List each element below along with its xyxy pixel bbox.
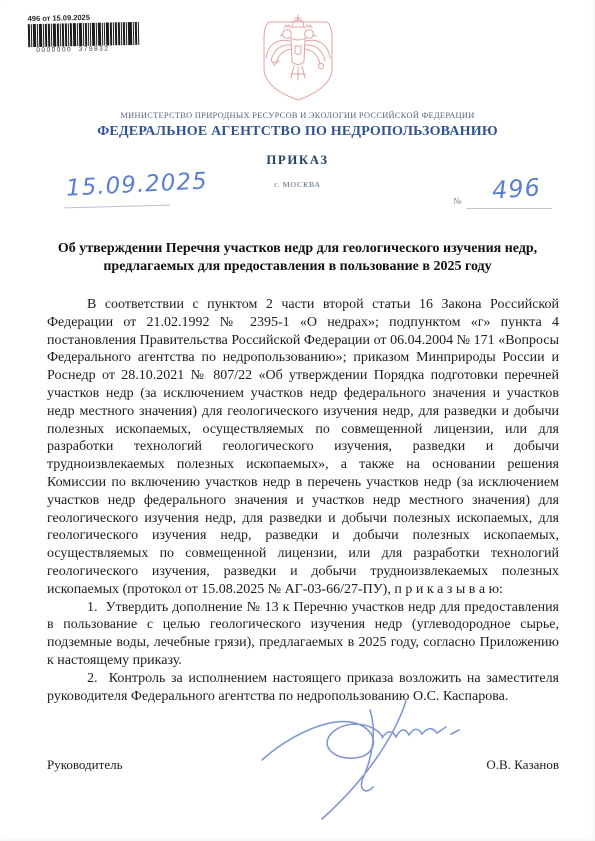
handwritten-date: 15.09.2025: [65, 168, 208, 201]
russia-coat-of-arms-icon: [256, 14, 340, 106]
order-document-page: 496 от 15.09.2025 0000000 379832: [0, 0, 595, 841]
order-body: В соответствии с пунктом 2 части второй …: [47, 296, 559, 705]
date-underline: [64, 205, 170, 209]
handwritten-signature: [258, 698, 463, 826]
registration-barcode: 496 от 15.09.2025 0000000 379832: [28, 12, 141, 54]
preamble-paragraph: В соответствии с пунктом 2 части второй …: [47, 296, 559, 599]
order-item-1: 1. Утвердить дополнение № 13 к Перечню у…: [47, 599, 559, 670]
barcode-bars: [28, 22, 140, 47]
signer-position: Руководитель: [47, 757, 123, 773]
handwritten-order-number: 496: [491, 173, 542, 204]
number-sign: №: [453, 196, 462, 206]
signer-name: О.В. Казанов: [486, 757, 559, 773]
barcode-digits: 0000000 379832: [28, 45, 140, 54]
order-title: Об утверждении Перечня участков недр для…: [47, 240, 548, 275]
ministry-name: МИНИСТЕРСТВО ПРИРОДНЫХ РЕСУРСОВ И ЭКОЛОГ…: [0, 111, 595, 120]
agency-name: ФЕДЕРАЛЬНОЕ АГЕНТСТВО ПО НЕДРОПОЛЬЗОВАНИ…: [0, 124, 595, 140]
number-underline: [466, 208, 552, 209]
document-type-heading: ПРИКАЗ: [0, 153, 595, 168]
